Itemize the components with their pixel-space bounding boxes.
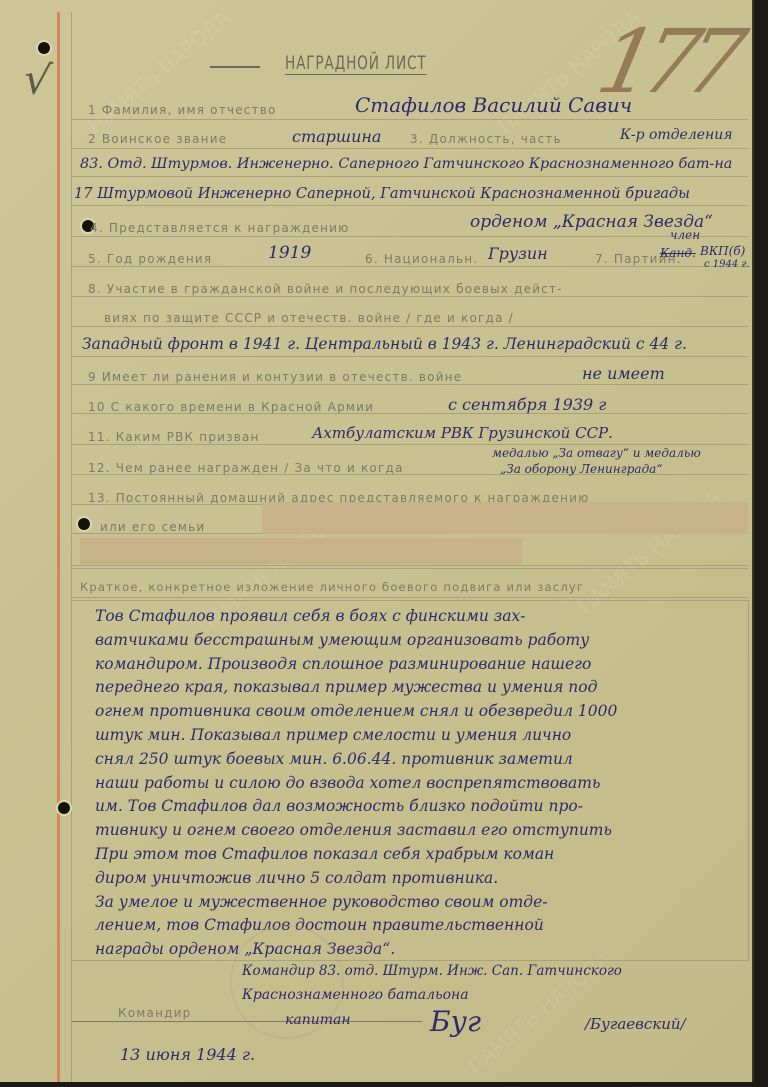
- punch-hole: [38, 42, 50, 54]
- narrative-line: огнем противника своим отделением снял и…: [95, 700, 745, 724]
- narrative-line: им. Тов Стафилов дал возможность близко …: [95, 795, 745, 819]
- punch-hole: [78, 518, 90, 530]
- narrative-line: переднего края, показывал пример мужеств…: [95, 676, 745, 700]
- rule-line: [72, 266, 748, 267]
- signature-date: 13 июня 1944 г.: [120, 1045, 255, 1064]
- printed-commander-label: Командир: [118, 1006, 191, 1020]
- signature-name: /Бугаевский/: [585, 1015, 686, 1033]
- field-label-nationality: 6. Национальн.: [365, 252, 478, 266]
- rule-line: [72, 568, 748, 569]
- field-value-party-struck: Канд.: [660, 246, 696, 260]
- signature-rank: капитан: [285, 1012, 351, 1028]
- rule-line: [72, 384, 748, 385]
- rule-line: [72, 597, 748, 598]
- field-label-prior-awards: 12. Чем ранее награжден / За что и когда: [88, 461, 404, 475]
- field-value-position-2: 83. Отд. Штурмов. Инженерно. Саперного Г…: [80, 156, 732, 172]
- field-value-draft-office: Ахтбулатским РВК Грузинской ССР.: [312, 424, 613, 442]
- field-value-position-3: 17 Штурмовой Инженерно Саперной, Гатчинс…: [74, 185, 690, 202]
- field-value-party: ВКП(б): [700, 244, 745, 258]
- rule-line: [72, 205, 748, 206]
- field-value-party-insert: член: [670, 228, 700, 242]
- field-label-position: 3. Должность, часть: [410, 132, 562, 146]
- field-label-combat-2: виях по защите СССР и отечеств. войне / …: [104, 311, 514, 325]
- field-value-name: Стафилов Василий Савич: [355, 93, 632, 117]
- narrative-line: командиром. Производя сплошное разминиро…: [95, 653, 745, 677]
- redacted-region: [262, 502, 748, 534]
- field-label-address-2: или его семьи: [100, 520, 205, 534]
- title-dash: [210, 66, 260, 68]
- margin-red-line: [57, 12, 60, 1082]
- rule-line: [72, 119, 748, 120]
- narrative-text: Тов Стафилов проявил себя в боях с финск…: [95, 605, 745, 962]
- narrative-line: награды орденом „Красная Звезда“.: [95, 938, 745, 962]
- narrative-line: диром уничтожив лично 5 солдат противник…: [95, 867, 745, 891]
- award-sheet: ПАМЯТЬ НАРОДА ПАМЯТЬ НАРОДА ПАМЯТЬ НАРОД…: [0, 0, 754, 1082]
- checkmark-icon: √: [21, 53, 54, 105]
- field-label-service-start: 10 С какого времени в Красной Армии: [88, 400, 374, 414]
- narrative-line: тивнику и огнем своего отделения застави…: [95, 819, 745, 843]
- field-value-prior-awards-1: медалью „За отвагу“ и медалью: [492, 446, 701, 460]
- rule-line: [72, 296, 748, 297]
- field-label-draft-office: 11. Каким РВК призван: [88, 430, 260, 444]
- redacted-region: [80, 538, 522, 564]
- narrative-line: За умелое и мужественное руководство сво…: [95, 891, 745, 915]
- signature-handwritten: Буг: [430, 1005, 481, 1038]
- field-label-combat-1: 8. Участие в гражданской войне и последу…: [88, 282, 563, 296]
- field-value-service-start: с сентября 1939 г: [448, 395, 606, 414]
- punch-hole: [58, 802, 70, 814]
- signature-title-2: Краснознаменного батальона: [242, 987, 469, 1003]
- signature-title-1: Командир 83. отд. Штурм. Инж. Сап. Гатчи…: [242, 963, 622, 979]
- field-value-nationality: Грузин: [488, 244, 548, 263]
- field-label-name: 1 Фамилия, имя отчество: [88, 103, 277, 117]
- rule-line: [72, 444, 748, 445]
- narrative-line: Тов Стафилов проявил себя в боях с финск…: [95, 605, 745, 629]
- field-label-award: 4. Представляется к награждению: [90, 221, 349, 235]
- rule-line: [72, 176, 748, 177]
- narrative-heading: Краткое, конкретное изложение личного бо…: [80, 580, 584, 594]
- narrative-line: снял 250 штук боевых мин. 6.06.44. проти…: [95, 748, 745, 772]
- field-value-rank: старшина: [292, 127, 381, 146]
- rule-line: [72, 148, 748, 149]
- signature-rule: [72, 1021, 422, 1022]
- rule-line: [72, 326, 748, 327]
- page-title: НАГРАДНОЙ ЛИСТ: [285, 52, 427, 75]
- rule-line: [72, 565, 748, 566]
- narrative-line: При этом тов Стафилов показал себя храбр…: [95, 843, 745, 867]
- field-value-party-since: с 1944 г.: [704, 259, 750, 270]
- field-value-wounds: не имеет: [582, 364, 665, 383]
- field-value-prior-awards-2: „За оборону Ленинграда“: [500, 462, 662, 476]
- field-label-rank: 2 Воинское звание: [88, 132, 227, 146]
- narrative-line: лением, тов Стафилов достоин правительст…: [95, 914, 745, 938]
- narrative-line: наши работы и силою до взвода хотел восп…: [95, 772, 745, 796]
- field-value-position-1: К-р отделения: [620, 127, 733, 143]
- rule-line: [72, 236, 748, 237]
- field-label-birth-year: 5. Год рождения: [88, 252, 212, 266]
- field-label-wounds: 9 Имеет ли ранения и контузии в отечеств…: [88, 370, 462, 384]
- field-value-combat: Западный фронт в 1941 г. Центральный в 1…: [82, 335, 687, 353]
- field-value-birth-year: 1919: [268, 243, 311, 263]
- narrative-line: штук мин. Показывал пример смелости и ум…: [95, 724, 745, 748]
- narrative-line: ватчиками бесстрашным умеющим организова…: [95, 629, 745, 653]
- rule-line: [72, 356, 748, 357]
